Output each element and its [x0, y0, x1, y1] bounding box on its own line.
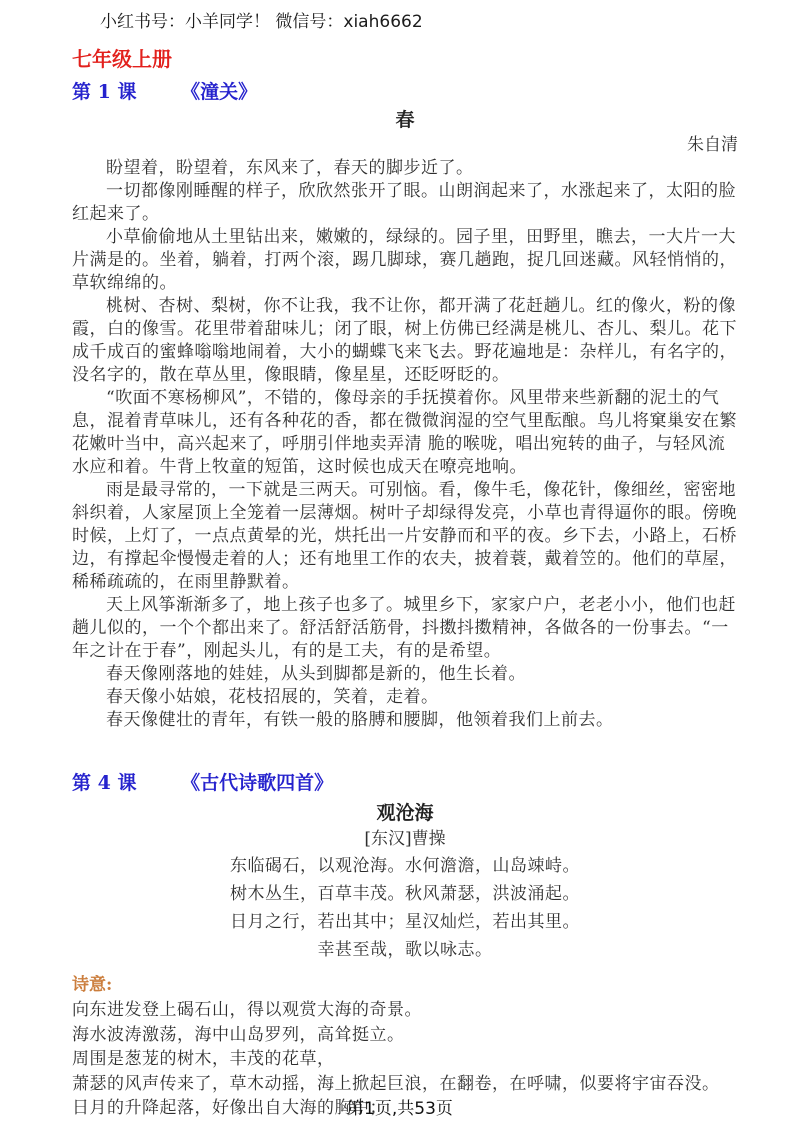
lesson-4-heading: 第 4 课 《古代诗歌四首》 — [72, 770, 738, 796]
essay-title: 春 — [72, 108, 738, 133]
page-number-indicator: 第1页,共53页 — [0, 1094, 800, 1119]
lesson-1-title: 《潼关》 — [181, 81, 257, 103]
contact-header: 小红书号：小羊同学！ 微信号：xiah6662 — [72, 10, 738, 34]
essay-paragraph: 小草偷偷地从土里钻出来，嫩嫩的，绿绿的。园子里，田野里，瞧去，一大片一大片满是的… — [72, 226, 738, 295]
lesson-4-label: 第 4 课 — [72, 772, 136, 794]
essay-paragraph: 春天像健壮的青年，有铁一般的胳膊和腰脚，他领着我们上前去。 — [72, 709, 738, 732]
volume-title: 七年级上册 — [72, 46, 738, 72]
poem-meaning-label: 诗意: — [72, 972, 738, 998]
essay-author: 朱自清 — [72, 133, 738, 157]
poem-author: [东汉]曹操 — [72, 826, 738, 852]
essay-paragraph: 一切都像刚睡醒的样子，欣欣然张开了眼。山朗润起来了，水涨起来了，太阳的脸红起来了… — [72, 180, 738, 226]
essay-paragraph: 桃树、杏树、梨树，你不让我，我不让你，都开满了花赶趟儿。红的像火，粉的像霞，白的… — [72, 295, 738, 387]
poem-line: 日月之行，若出其中；星汉灿烂，若出其里。 — [72, 908, 738, 936]
essay-paragraph: 盼望着，盼望着，东风来了，春天的脚步近了。 — [72, 157, 738, 180]
meaning-line: 海水波涛激荡，海中山岛罗列，高耸挺立。 — [72, 1023, 738, 1048]
essay-body: 盼望着，盼望着，东风来了，春天的脚步近了。 一切都像刚睡醒的样子，欣欣然张开了眼… — [72, 157, 738, 732]
poem-line: 东临碣石，以观沧海。水何澹澹，山岛竦峙。 — [72, 852, 738, 880]
essay-paragraph: “吹面不寒杨柳风”，不错的，像母亲的手抚摸着你。风里带来些新翻的泥土的气息，混着… — [72, 387, 738, 479]
poem-line: 树木丛生，百草丰茂。秋风萧瑟，洪波涌起。 — [72, 880, 738, 908]
lesson-4-title: 《古代诗歌四首》 — [181, 772, 333, 794]
lesson-1-label: 第 1 课 — [72, 81, 136, 103]
essay-paragraph: 春天像刚落地的娃娃，从头到脚都是新的，他生长着。 — [72, 663, 738, 686]
essay-paragraph: 雨是最寻常的，一下就是三两天。可别恼。看，像牛毛，像花针，像细丝，密密地斜织着，… — [72, 479, 738, 594]
document-page: 小红书号：小羊同学！ 微信号：xiah6662 七年级上册 第 1 课 《潼关》… — [0, 0, 800, 1131]
poem-line: 幸甚至哉，歌以咏志。 — [72, 936, 738, 964]
poem-lines: 东临碣石，以观沧海。水何澹澹，山岛竦峙。 树木丛生，百草丰茂。秋风萧瑟，洪波涌起… — [72, 852, 738, 964]
meaning-line: 周围是葱茏的树木，丰茂的花草， — [72, 1047, 738, 1072]
lesson-1-heading: 第 1 课 《潼关》 — [72, 79, 738, 105]
meaning-line: 萧瑟的风声传来了，草木动摇，海上掀起巨浪，在翻卷，在呼啸，似要将宇宙吞没。 — [72, 1072, 738, 1097]
meaning-line: 向东进发登上碣石山，得以观赏大海的奇景。 — [72, 998, 738, 1023]
essay-paragraph: 天上风筝渐渐多了，地上孩子也多了。城里乡下，家家户户，老老小小，他们也赶趟儿似的… — [72, 594, 738, 663]
essay-paragraph: 春天像小姑娘，花枝招展的，笑着，走着。 — [72, 686, 738, 709]
poem-title: 观沧海 — [72, 800, 738, 826]
